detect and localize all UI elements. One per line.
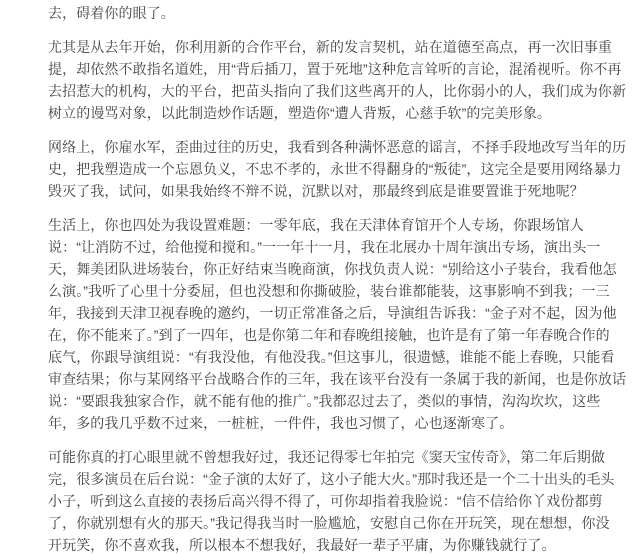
paragraph: 可能你真的打心眼里就不曾想我好过，我还记得零七年拍完《窦天宝传奇》，第二年后期做… <box>48 446 614 554</box>
paragraph: 网络上，你雇水军，歪曲过往的历史，我看到各种满怀恶意的谣言，不择手段地改写当年的… <box>48 136 614 202</box>
paragraph: 生活上，你也四处为我设置难题：一零年底，我在天津体育馆开个人专场，你跟场馆人 说… <box>48 214 614 434</box>
paragraph: 去，碍着你的眼了。 <box>48 2 614 24</box>
paragraph: 尤其是从去年开始，你利用新的合作平台，新的发言契机，站在道德至高点，再一次旧事重… <box>48 36 614 124</box>
article-page: 去，碍着你的眼了。尤其是从去年开始，你利用新的合作平台，新的发言契机，站在道德至… <box>0 0 640 554</box>
article-body: 去，碍着你的眼了。尤其是从去年开始，你利用新的合作平台，新的发言契机，站在道德至… <box>0 0 640 554</box>
